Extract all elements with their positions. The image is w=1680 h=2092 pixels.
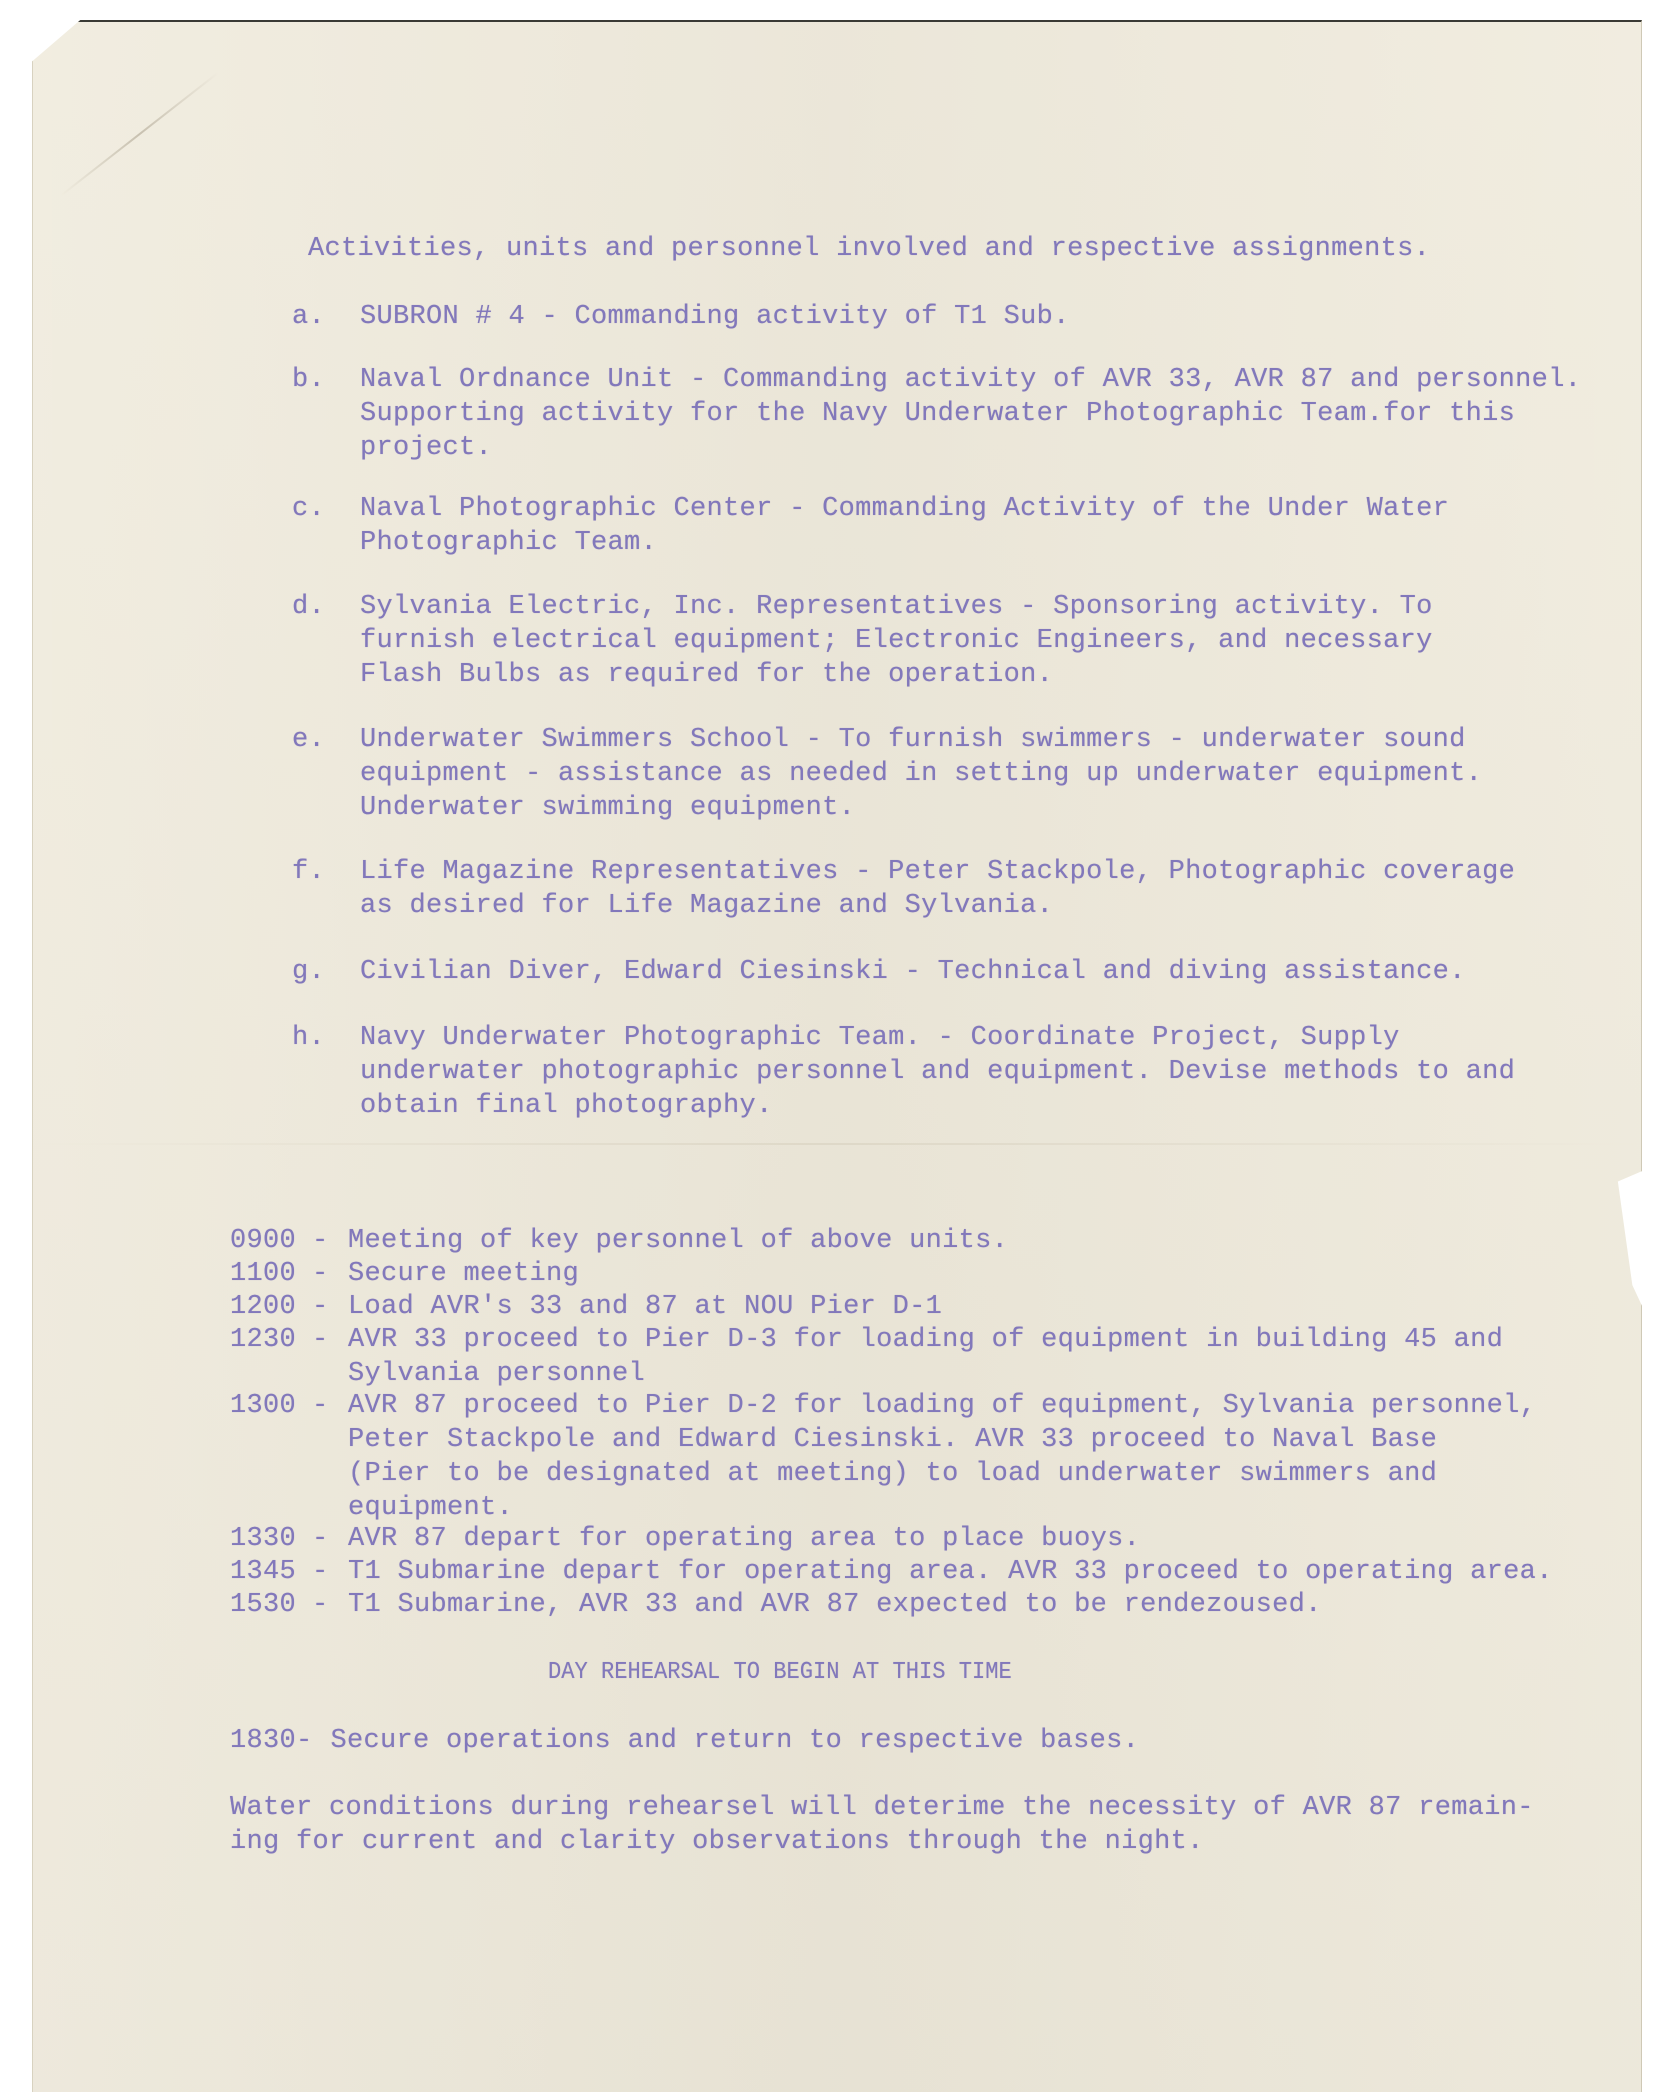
- item-letter: f.: [292, 855, 352, 889]
- schedule-entry: 1200 - Load AVR's 33 and 87 at NOU Pier …: [230, 1290, 1630, 1324]
- schedule-time: 1230: [230, 1323, 300, 1357]
- schedule-time: 1200: [230, 1290, 300, 1324]
- schedule-description: AVR 87 depart for operating area to plac…: [348, 1522, 1630, 1556]
- schedule-entry: 0900 - Meeting of key personnel of above…: [230, 1224, 1630, 1258]
- item-text: SUBRON # 4 - Commanding activity of T1 S…: [360, 300, 1622, 334]
- item-letter: e.: [292, 723, 352, 757]
- schedule-dash: -: [312, 1555, 329, 1589]
- schedule-description: T1 Submarine depart for operating area. …: [348, 1555, 1630, 1589]
- schedule-dash: -: [312, 1389, 329, 1423]
- rehearsal-note: DAY REHEARSAL TO BEGIN AT THIS TIME: [548, 1656, 1012, 1690]
- item-text: Underwater Swimmers School - To furnish …: [360, 723, 1622, 825]
- item-text: Sylvania Electric, Inc. Representatives …: [360, 590, 1622, 692]
- schedule-dash: -: [312, 1522, 329, 1556]
- item-text: Life Magazine Representatives - Peter St…: [360, 855, 1622, 923]
- item-text: Naval Ordnance Unit - Commanding activit…: [360, 363, 1622, 465]
- assignment-item: e. Underwater Swimmers School - To furni…: [292, 723, 1622, 825]
- schedule-description: Secure meeting: [348, 1257, 1630, 1291]
- schedule-entry: 1530 - T1 Submarine, AVR 33 and AVR 87 e…: [230, 1588, 1630, 1622]
- schedule-entry: 1230 - AVR 33 proceed to Pier D-3 for lo…: [230, 1323, 1630, 1391]
- assignment-item: b. Naval Ordnance Unit - Commanding acti…: [292, 363, 1622, 465]
- item-text: Navy Underwater Photographic Team. - Coo…: [360, 1021, 1622, 1123]
- schedule-entry: 1300 - AVR 87 proceed to Pier D-2 for lo…: [230, 1389, 1630, 1525]
- schedule-dash: -: [312, 1323, 329, 1357]
- schedule-dash: -: [312, 1224, 329, 1258]
- schedule-description: T1 Submarine, AVR 33 and AVR 87 expected…: [348, 1588, 1630, 1622]
- final-time: 1830-: [230, 1726, 313, 1756]
- schedule-dash: -: [312, 1290, 329, 1324]
- schedule-entry: 1345 - T1 Submarine depart for operating…: [230, 1555, 1630, 1589]
- assignment-item: a. SUBRON # 4 - Commanding activity of T…: [292, 300, 1622, 334]
- section-heading: Activities, units and personnel involved…: [308, 232, 1430, 266]
- item-text: Naval Photographic Center - Commanding A…: [360, 492, 1622, 560]
- schedule-time: 1330: [230, 1522, 300, 1556]
- schedule-dash: -: [312, 1257, 329, 1291]
- assignment-item: c. Naval Photographic Center - Commandin…: [292, 492, 1622, 560]
- schedule-description: AVR 87 proceed to Pier D-2 for loading o…: [348, 1389, 1630, 1525]
- assignment-item: d. Sylvania Electric, Inc. Representativ…: [292, 590, 1622, 692]
- schedule-time: 1100: [230, 1257, 300, 1291]
- item-letter: a.: [292, 300, 352, 334]
- assignment-item: g. Civilian Diver, Edward Ciesinski - Te…: [292, 955, 1622, 989]
- schedule-entry: 1330 - AVR 87 depart for operating area …: [230, 1522, 1630, 1556]
- assignment-item: h. Navy Underwater Photographic Team. - …: [292, 1021, 1622, 1123]
- closing-paragraph: Water conditions during rehearsel will d…: [230, 1791, 1630, 1859]
- assignment-item: f. Life Magazine Representatives - Peter…: [292, 855, 1622, 923]
- item-letter: c.: [292, 492, 352, 526]
- item-letter: h.: [292, 1021, 352, 1055]
- schedule-dash: -: [312, 1588, 329, 1622]
- schedule-time: 1530: [230, 1588, 300, 1622]
- item-letter: g.: [292, 955, 352, 989]
- final-schedule-entry: 1830-Secure operations and return to res…: [230, 1724, 1139, 1758]
- item-letter: d.: [292, 590, 352, 624]
- typed-document: Activities, units and personnel involved…: [0, 0, 1680, 2092]
- schedule-description: Load AVR's 33 and 87 at NOU Pier D-1: [348, 1290, 1630, 1324]
- schedule-time: 1300: [230, 1389, 300, 1423]
- schedule-description: AVR 33 proceed to Pier D-3 for loading o…: [348, 1323, 1630, 1391]
- schedule-entry: 1100 - Secure meeting: [230, 1257, 1630, 1291]
- final-description: Secure operations and return to respecti…: [331, 1726, 1140, 1756]
- item-letter: b.: [292, 363, 352, 397]
- item-text: Civilian Diver, Edward Ciesinski - Techn…: [360, 955, 1622, 989]
- schedule-time: 0900: [230, 1224, 300, 1258]
- schedule-time: 1345: [230, 1555, 300, 1589]
- schedule-description: Meeting of key personnel of above units.: [348, 1224, 1630, 1258]
